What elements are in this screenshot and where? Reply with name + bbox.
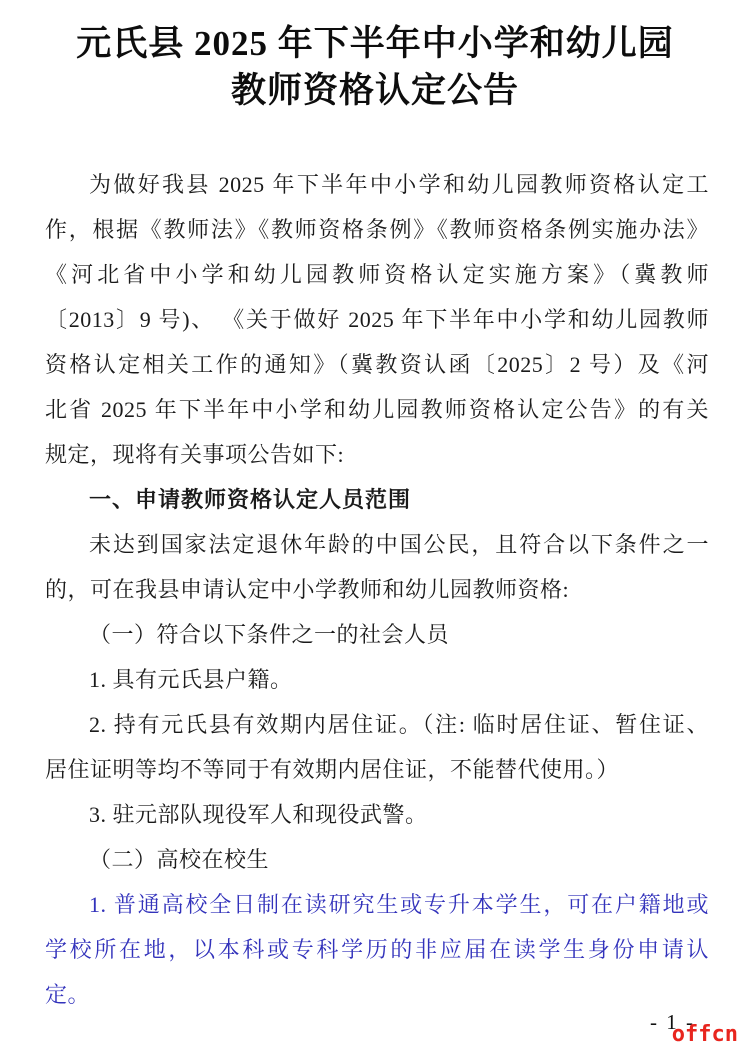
text-line: 3. 驻元部队现役军人和现役武警。	[45, 792, 709, 837]
text-line: 规定，现将有关事项公告如下:	[45, 432, 709, 477]
text-line: 定。	[45, 972, 709, 1017]
text-line: 资格认定相关工作的通知》（冀教资认函〔2025〕2 号）及《河	[45, 342, 709, 387]
text-line: 2. 持有元氏县有效期内居住证。（注: 临时居住证、暂住证、	[45, 702, 709, 747]
section-heading: 一、申请教师资格认定人员范围	[45, 477, 709, 522]
text-line: 北省 2025 年下半年中小学和幼儿园教师资格认定公告》的有关	[45, 387, 709, 432]
text-line: 《河北省中小学和幼儿园教师资格认定实施方案》（冀教师	[45, 252, 709, 297]
text-line: 作，根据《教师法》《教师资格条例》《教师资格条例实施办法》	[45, 207, 709, 252]
text-line: 为做好我县 2025 年下半年中小学和幼儿园教师资格认定工	[45, 162, 709, 207]
text-line: （二）高校在校生	[45, 837, 709, 882]
text-line: 〔2013〕9 号)、 《关于做好 2025 年下半年中小学和幼儿园教师	[45, 297, 709, 342]
document-page: 元氏县 2025 年下半年中小学和幼儿园 教师资格认定公告 为做好我县 2025…	[0, 0, 750, 1050]
text-line: 居住证明等均不等同于有效期内居住证，不能替代使用。）	[45, 747, 709, 792]
text-line: 未达到国家法定退休年龄的中国公民，且符合以下条件之一	[45, 522, 709, 567]
document-body: 为做好我县 2025 年下半年中小学和幼儿园教师资格认定工作，根据《教师法》《教…	[45, 162, 709, 1017]
document-title-line2: 教师资格认定公告	[0, 67, 750, 114]
watermark-offcn: offcn	[672, 1022, 738, 1047]
document-title-line1: 元氏县 2025 年下半年中小学和幼儿园	[0, 20, 750, 67]
text-line: 的，可在我县申请认定中小学教师和幼儿园教师资格:	[45, 567, 709, 612]
text-line: 学校所在地，以本科或专科学历的非应届在读学生身份申请认	[45, 927, 709, 972]
text-line: 1. 普通高校全日制在读研究生或专升本学生，可在户籍地或	[45, 882, 709, 927]
document-title: 元氏县 2025 年下半年中小学和幼儿园 教师资格认定公告	[0, 20, 750, 114]
text-line: 1. 具有元氏县户籍。	[45, 657, 709, 702]
text-line: （一）符合以下条件之一的社会人员	[45, 612, 709, 657]
